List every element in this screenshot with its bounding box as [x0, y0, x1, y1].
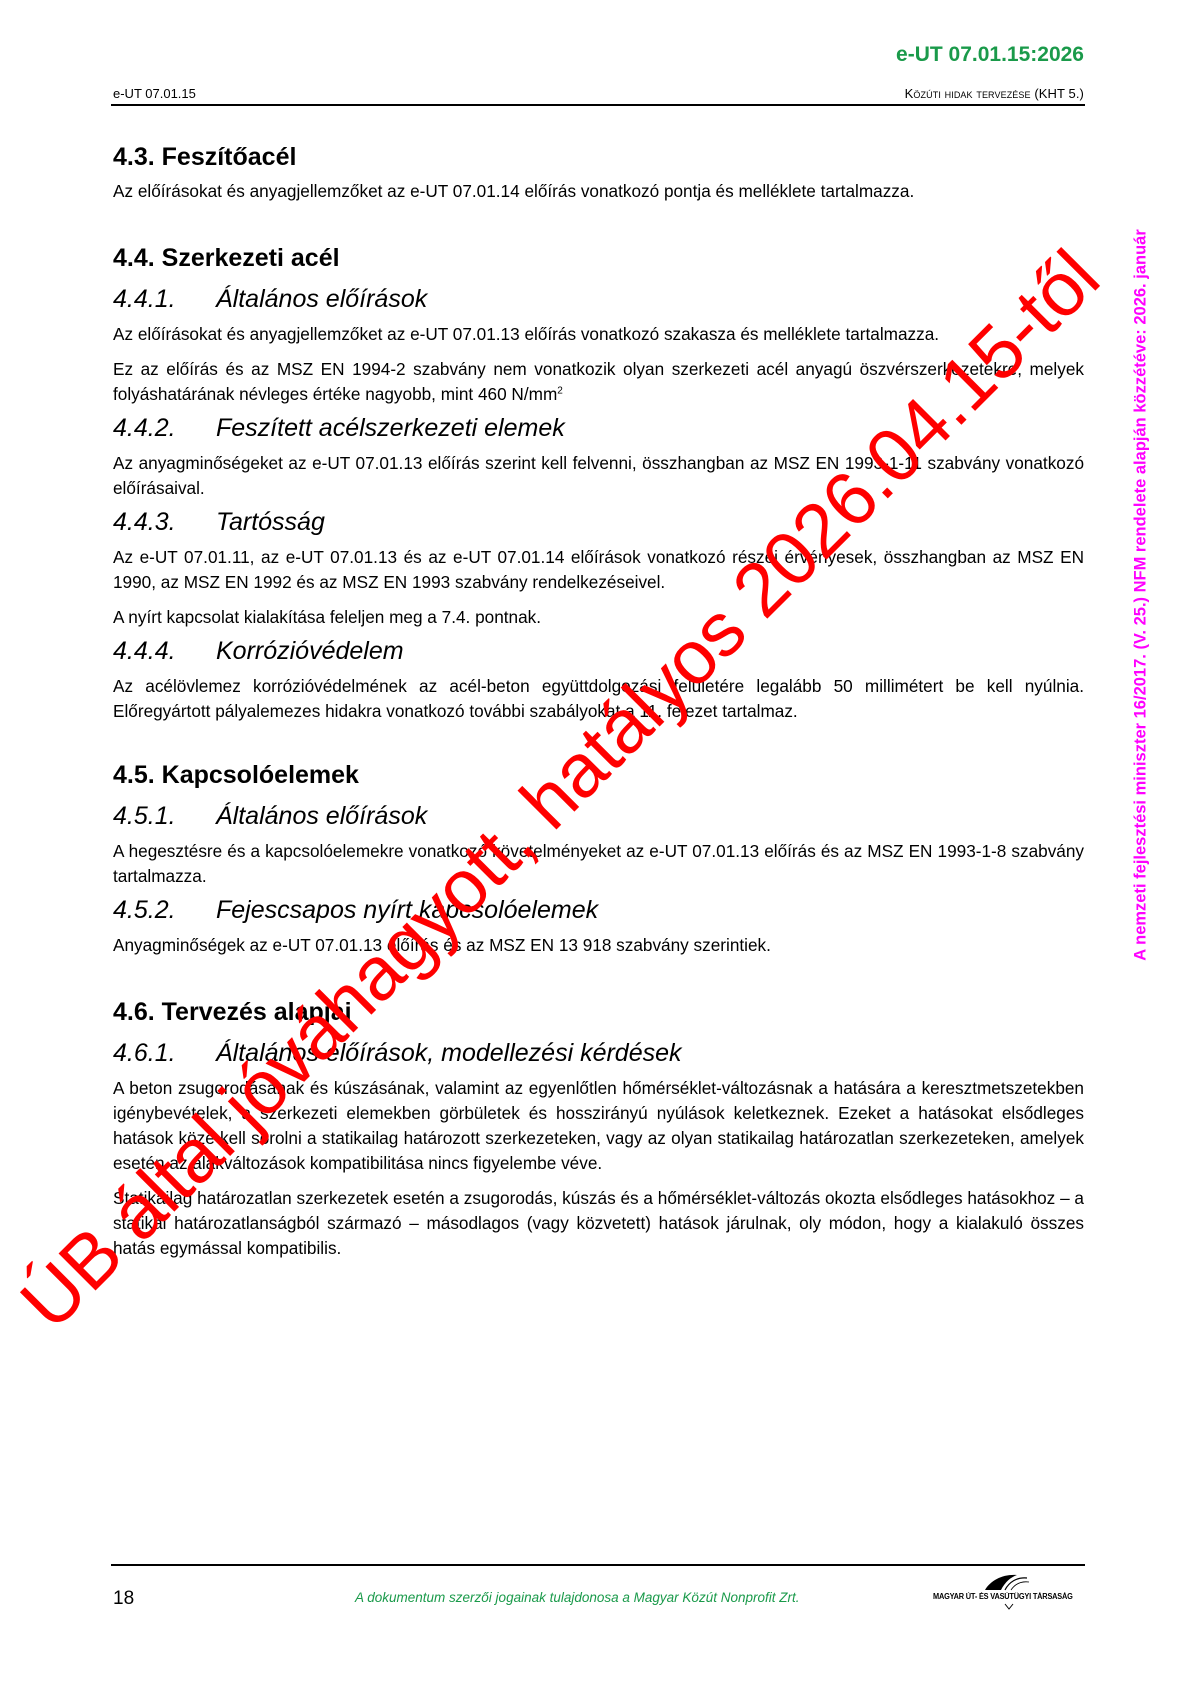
- publisher-logo: MAGYAR ÚT- ÉS VASÚTÜGYI TÁRSASÁG: [933, 1572, 1085, 1616]
- copyright-notice: A dokumentum szerzői jogainak tulajdonos…: [355, 1590, 799, 1605]
- section-number: 4.4.1.: [113, 282, 216, 316]
- section-4-4-1-title: 4.4.1.Általános előírások: [113, 282, 1084, 316]
- section-title: Általános előírások: [216, 802, 427, 830]
- section-number: 4.5.1.: [113, 799, 216, 833]
- section-title: Korrózióvédelem: [216, 637, 404, 665]
- section-4-6-1-p1: A beton zsugorodásának és kúszásának, va…: [113, 1076, 1084, 1176]
- header-left: e-UT 07.01.15: [113, 86, 196, 101]
- section-4-3-title: 4.3. Feszítőacél: [113, 140, 1084, 174]
- section-4-4-2-title: 4.4.2.Feszített acélszerkezeti elemek: [113, 411, 1084, 445]
- section-4-4-4-p1: Az acélövlemez korrózióvédelmének az acé…: [113, 674, 1084, 724]
- section-4-4-4-title: 4.4.4.Korrózióvédelem: [113, 634, 1084, 668]
- section-4-5-2-title: 4.5.2.Fejescsapos nyírt kapcsolóelemek: [113, 893, 1084, 927]
- header-right: Közúti hidak tervezése (KHT 5.): [905, 86, 1084, 101]
- section-4-3-p1: Az előírásokat és anyagjellemzőket az e-…: [113, 179, 1084, 204]
- section-4-5-1-title: 4.5.1.Általános előírások: [113, 799, 1084, 833]
- section-4-6-title: 4.6. Tervezés alapjai: [113, 995, 1084, 1029]
- section-title: Fejescsapos nyírt kapcsolóelemek: [216, 896, 598, 924]
- section-4-6-1-p2: Statikailag határozatlan szerkezetek ese…: [113, 1186, 1084, 1261]
- section-number: 4.4.2.: [113, 411, 216, 445]
- footer-rule: [111, 1564, 1085, 1566]
- publication-side-note: A nemzeti fejlesztési miniszter 16/2017.…: [1132, 229, 1151, 961]
- section-number: 4.4.4.: [113, 634, 216, 668]
- page-content: 4.3. Feszítőacél Az előírásokat és anyag…: [113, 140, 1084, 1261]
- header-rule: [111, 104, 1085, 106]
- section-4-4-3-p2: A nyírt kapcsolat kialakítása feleljen m…: [113, 605, 1084, 630]
- doc-code: e-UT 07.01.15:2026: [896, 43, 1084, 67]
- section-4-6-1-title: 4.6.1.Általános előírások, modellezési k…: [113, 1036, 1084, 1070]
- section-4-4-3-title: 4.4.3.Tartósság: [113, 505, 1084, 539]
- section-4-5-2-p1: Anyagminőségek az e-UT 07.01.13 előírás …: [113, 933, 1084, 958]
- section-number: 4.5.2.: [113, 893, 216, 927]
- section-number: 4.6.1.: [113, 1036, 216, 1070]
- section-title: Általános előírások, modellezési kérdése…: [216, 1039, 682, 1067]
- page-number: 18: [113, 1588, 134, 1610]
- section-number: 4.4.3.: [113, 505, 216, 539]
- section-4-4-1-p1: Az előírásokat és anyagjellemzőket az e-…: [113, 322, 1084, 347]
- section-4-5-title: 4.5. Kapcsolóelemek: [113, 758, 1084, 792]
- section-title: Feszített acélszerkezeti elemek: [216, 414, 565, 442]
- section-title: Általános előírások: [216, 285, 427, 313]
- section-4-4-3-p1: Az e-UT 07.01.11, az e-UT 07.01.13 és az…: [113, 545, 1084, 595]
- section-4-4-title: 4.4. Szerkezeti acél: [113, 241, 1084, 275]
- section-4-5-1-p1: A hegesztésre és a kapcsolóelemekre vona…: [113, 839, 1084, 889]
- section-4-4-2-p1: Az anyagminőségeket az e-UT 07.01.13 elő…: [113, 451, 1084, 501]
- section-4-4-1-p2: Ez az előírás és az MSZ EN 1994-2 szabvá…: [113, 357, 1084, 407]
- publisher-name: MAGYAR ÚT- ÉS VASÚTÜGYI TÁRSASÁG: [933, 1592, 1073, 1601]
- section-title: Tartósság: [216, 508, 325, 536]
